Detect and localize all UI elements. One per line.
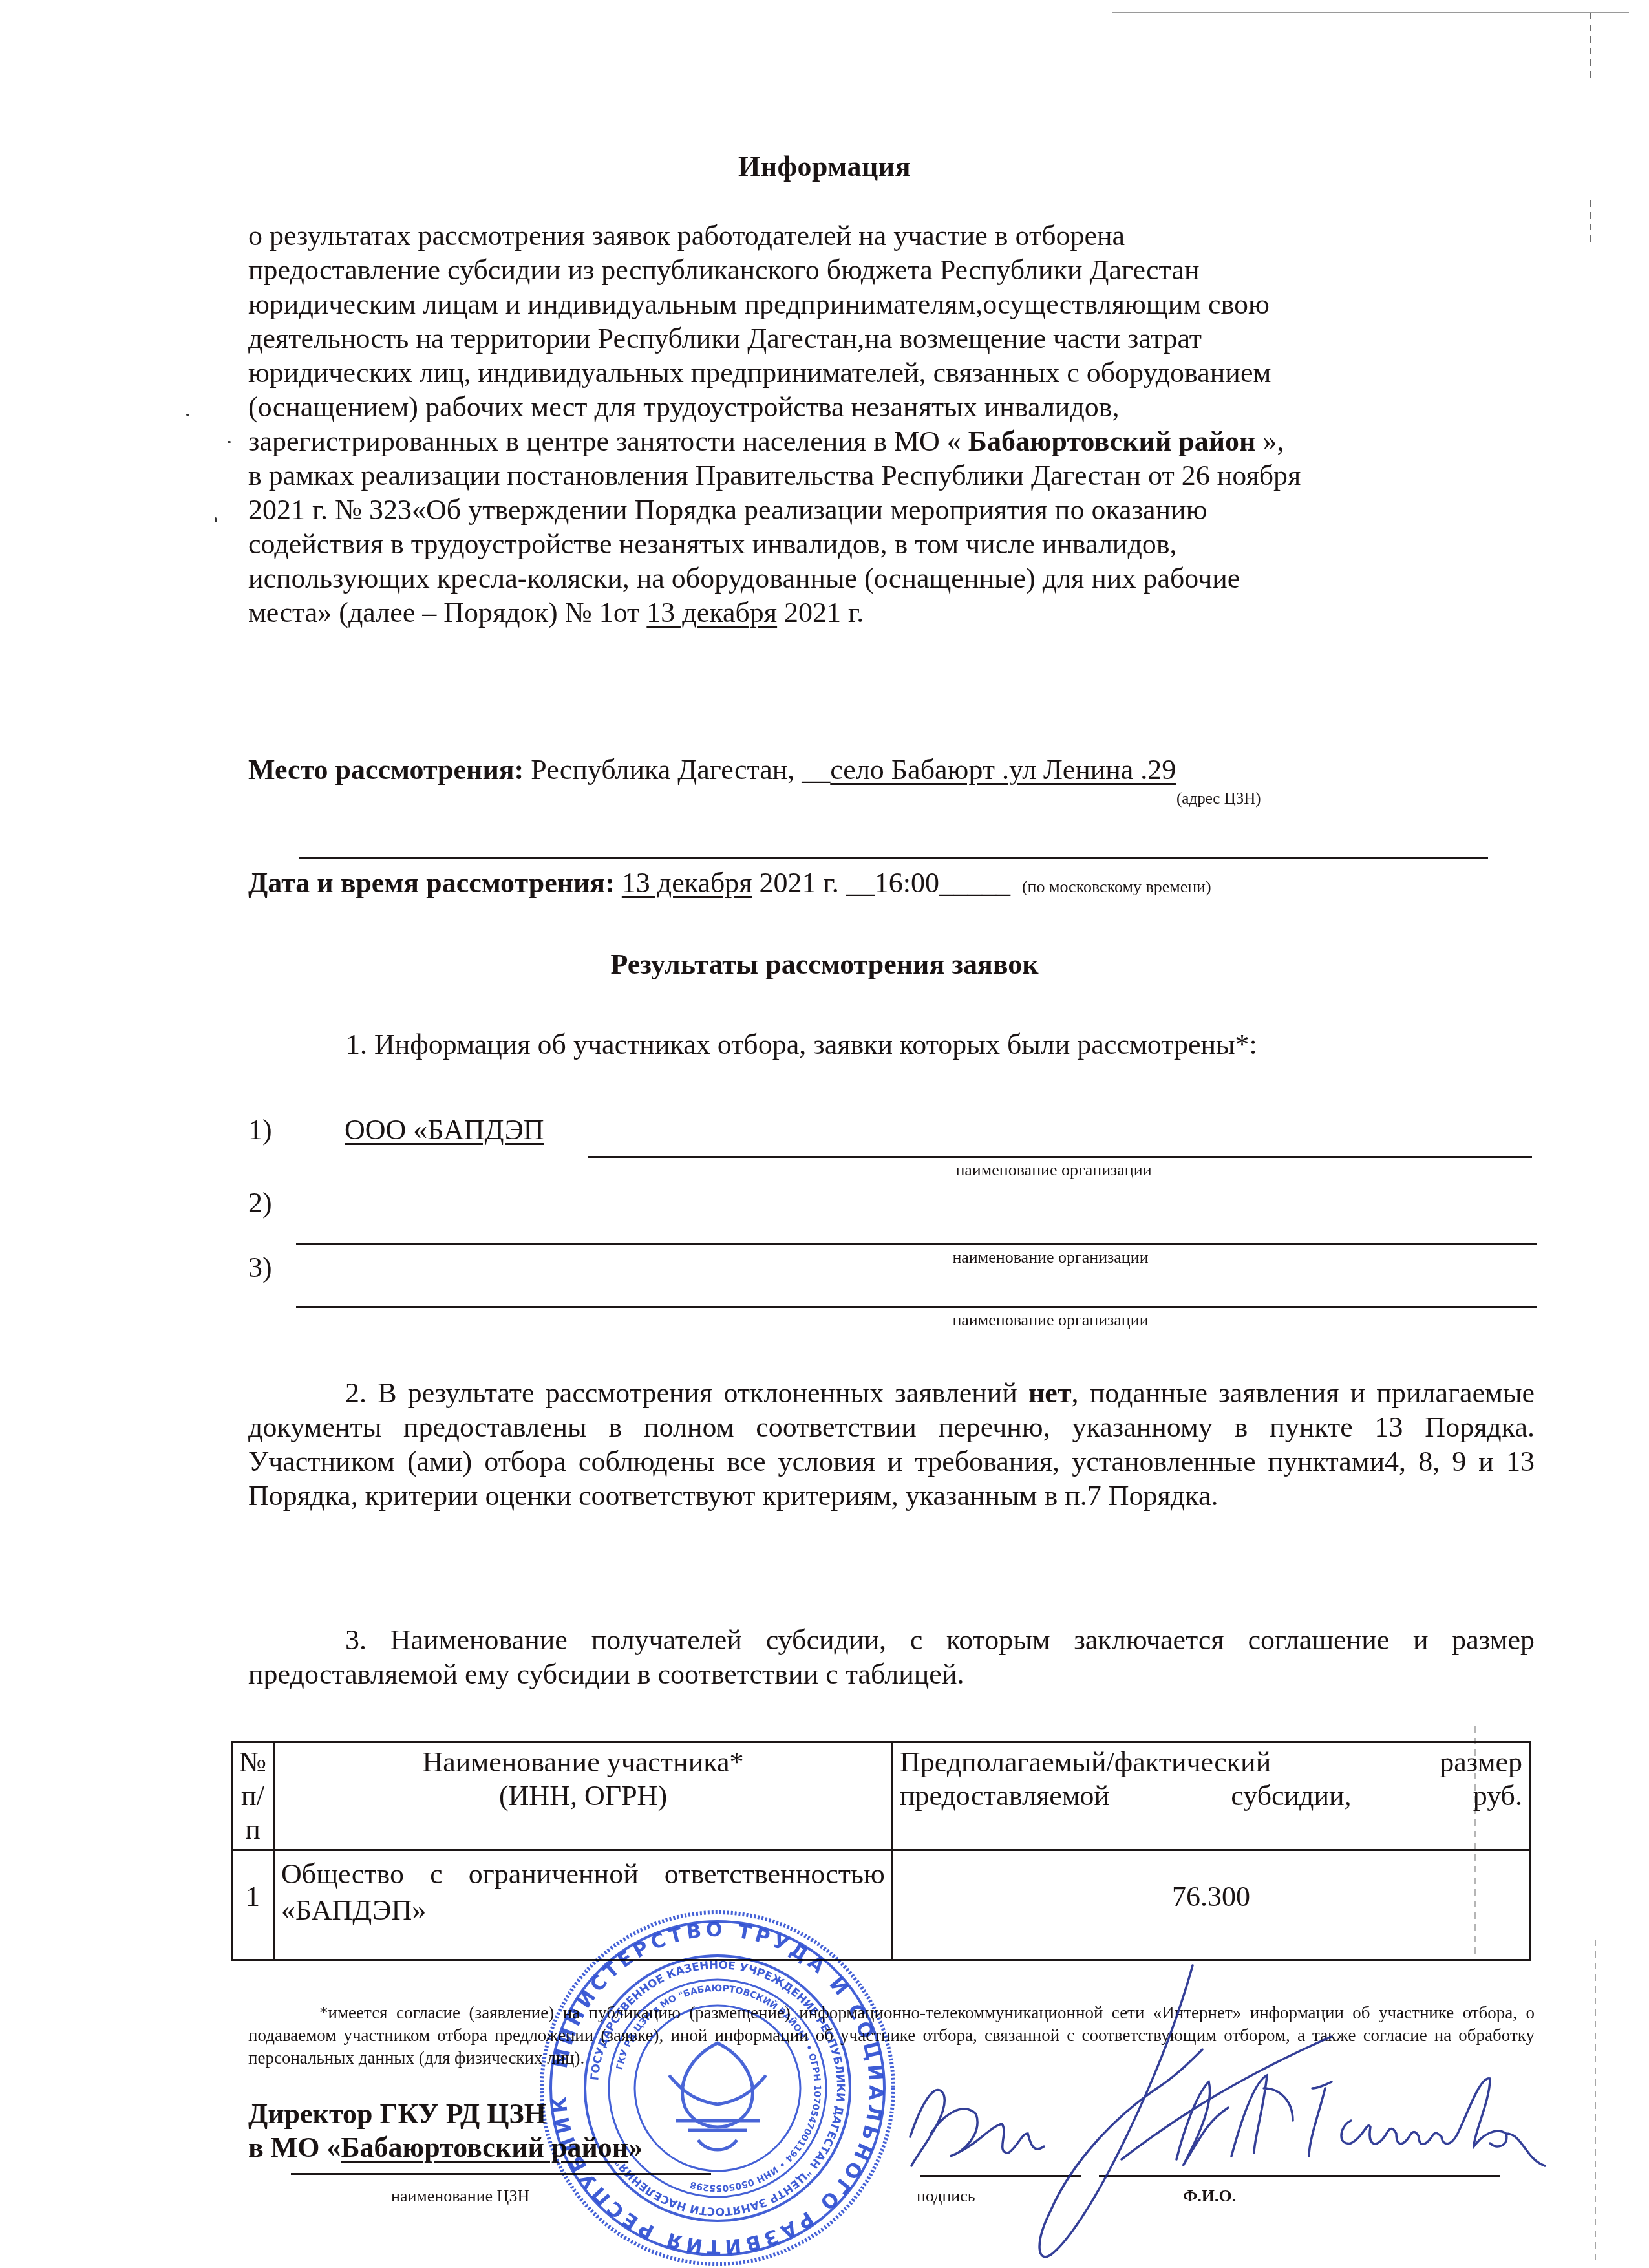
order-date: 13 декабря (646, 597, 777, 628)
intro-line: деятельность на территории Республики Да… (248, 321, 1554, 356)
place-label: Место рассмотрения: (248, 754, 524, 786)
handwritten-signature-icon (905, 1940, 1649, 2268)
director-position: Директор ГКУ РД ЦЗН (248, 2097, 546, 2130)
participant-hint: наименование организации (856, 1248, 1244, 1267)
place-address: село Бабаюрт .ул Ленина .29 (830, 754, 1176, 786)
intro-mo-suffix: », (1255, 425, 1284, 457)
row-number: 1 (232, 1850, 274, 1960)
intro-line: 2021 г. № 323«Об утверждении Порядка реа… (248, 493, 1554, 527)
participant-name: ООО «БАПДЭП (345, 1113, 544, 1146)
table-header-row: № п/п Наименование участника* (ИНН, ОГРН… (232, 1742, 1530, 1850)
timezone-hint: (по московскому времени) (1022, 877, 1211, 896)
header-number: № п/п (232, 1742, 274, 1850)
official-stamp-icon: МИНИСТЕРСТВО ТРУДА И СОЦИАЛЬНОГО РАЗВИТИ… (537, 1907, 899, 2268)
participant-hint: наименование организации (860, 1161, 1248, 1180)
scan-speck (186, 414, 189, 416)
intro-line: (оснащением) рабочих мест для трудоустро… (248, 390, 1554, 424)
header-participant-line1: Наименование участника* (281, 1746, 885, 1779)
intro-mo-prefix: зарегистрированных в центре занятости на… (248, 425, 968, 457)
intro-line: юридическим лицам и индивидуальным предп… (248, 287, 1554, 321)
intro-line-last: места» (далее – Порядок) № 1от 13 декабр… (248, 595, 1554, 630)
results-heading: Результаты рассмотрения заявок (0, 948, 1649, 981)
intro-line: предоставление субсидии из республиканск… (248, 253, 1554, 287)
header-participant: Наименование участника* (ИНН, ОГРН) (273, 1742, 892, 1850)
intro-line: в рамках реализации постановления Правит… (248, 458, 1554, 493)
scan-artifact-line (1590, 13, 1591, 78)
section-2-prefix: 2. В результате рассмотрения отклоненных… (345, 1377, 1028, 1409)
mo-prefix: в МО « (248, 2132, 341, 2163)
intro-last-prefix: места» (далее – Порядок) № 1от (248, 597, 646, 628)
review-date: 13 декабря (622, 867, 752, 899)
participant-underline (296, 1243, 1537, 1245)
svg-text:ГОСУДАРСТВЕННОЕ КАЗЕННОЕ УЧРЕЖ: ГОСУДАРСТВЕННОЕ КАЗЕННОЕ УЧРЕЖДЕНИЕ РЕСП… (588, 1959, 847, 2218)
review-place-row: Место рассмотрения: Республика Дагестан,… (248, 753, 1176, 786)
section-3-text: 3. Наименование получателей субсидии, с … (248, 1623, 1535, 1691)
intro-line-mo: зарегистрированных в центре занятости на… (248, 424, 1554, 458)
participant-number: 1) (248, 1113, 272, 1146)
header-participant-line2: (ИНН, ОГРН) (281, 1779, 885, 1813)
datetime-label: Дата и время рассмотрения: (248, 867, 615, 899)
review-year: 2021 г. __ (752, 867, 875, 899)
participant-hint: наименование организации (856, 1311, 1244, 1330)
place-region: Республика Дагестан, __ (524, 754, 830, 786)
intro-line: юридических лиц, индивидуальных предприн… (248, 356, 1554, 390)
participant-underline (588, 1156, 1532, 1158)
section-2-text: 2. В результате рассмотрения отклоненных… (248, 1376, 1535, 1513)
review-datetime-row: Дата и время рассмотрения: 13 декабря 20… (248, 866, 1211, 899)
participant-underline (296, 1306, 1537, 1308)
svg-text:ГКУ РД ЦЗН в МО "БАБАЮРТОВСКИЙ: ГКУ РД ЦЗН в МО "БАБАЮРТОВСКИЙ РАЙОН" • … (615, 1984, 822, 2193)
intro-line: о результатах рассмотрения заявок работо… (248, 219, 1554, 253)
scan-artifact-line (1590, 200, 1591, 246)
blank-underline (299, 857, 1488, 859)
participant-number: 3) (248, 1251, 272, 1284)
scan-speck (215, 517, 217, 522)
section-2-emphasis: нет (1028, 1377, 1072, 1409)
municipality-name: Бабаюртовский район (968, 425, 1256, 457)
intro-last-suffix: 2021 г. (777, 597, 864, 628)
scan-edge-line (1112, 12, 1629, 13)
scan-speck (228, 441, 231, 443)
center-name-hint: наименование ЦЗН (391, 2187, 529, 2206)
participant-number: 2) (248, 1186, 272, 1219)
address-hint: (адрес ЦЗН) (1176, 790, 1261, 808)
review-time: 16:00_____ (875, 867, 1010, 899)
intro-line: использующих кресла-коляски, на оборудов… (248, 561, 1554, 595)
header-amount: Предполагаемый/фактический размер предос… (892, 1742, 1529, 1850)
intro-line: содействия в трудоустройстве незанятых и… (248, 527, 1554, 561)
section-1-text: 1. Информация об участниках отбора, заяв… (346, 1028, 1257, 1061)
intro-paragraph: о результатах рассмотрения заявок работо… (248, 219, 1554, 630)
document-title: Информация (0, 150, 1649, 183)
